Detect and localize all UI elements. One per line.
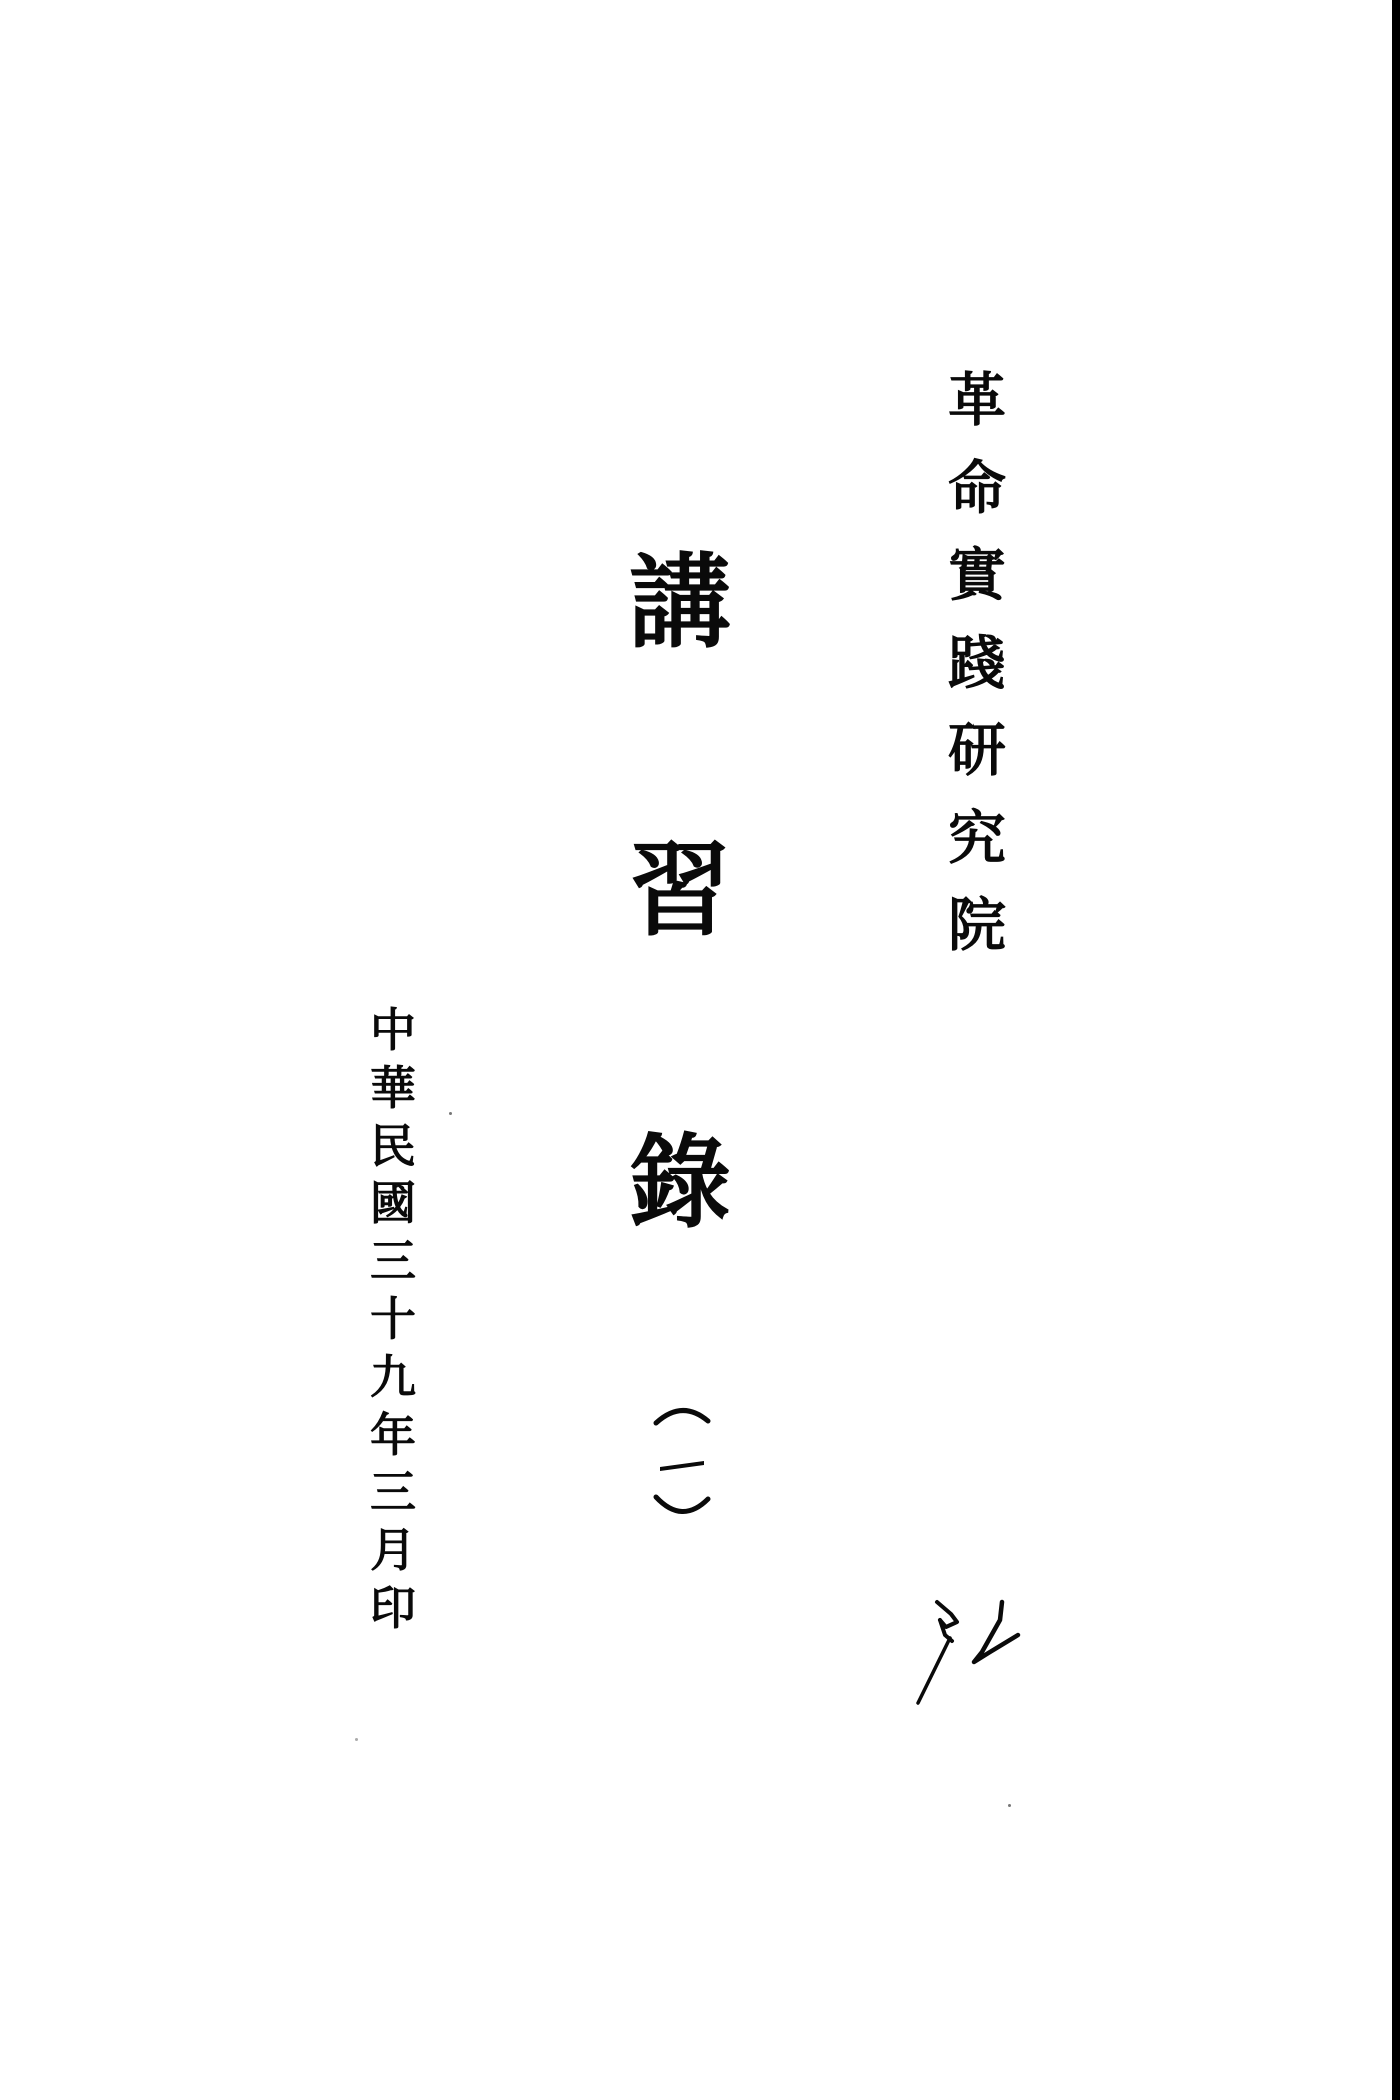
imprint-char: 中: [366, 1007, 420, 1065]
publisher-char: 實: [945, 546, 1009, 634]
title-column: 講 習 錄: [622, 552, 738, 1234]
publisher-char: 踐: [945, 634, 1009, 722]
publisher-char: 革: [945, 371, 1009, 459]
imprint-column: 中 華 民 國 三 十 九 年 三 月 印: [366, 1007, 420, 1643]
imprint-char: 月: [366, 1527, 420, 1585]
publisher-char: 命: [945, 459, 1009, 547]
scan-speck: [355, 1738, 358, 1741]
imprint-char: 三: [366, 1238, 420, 1296]
imprint-char: 十: [366, 1296, 420, 1354]
imprint-char: 三: [366, 1469, 420, 1527]
scan-speck: [449, 1112, 452, 1115]
page-edge-bar: [1392, 0, 1400, 2100]
imprint-char: 華: [366, 1065, 420, 1123]
handwritten-number-icon: [910, 1590, 1030, 1720]
scan-speck: [1008, 1804, 1011, 1807]
publisher-column: 革 命 實 踐 研 究 院: [945, 371, 1009, 984]
title-page: 革 命 實 踐 研 究 院 講 習 錄 中 華 民 國 三 十 九 年 三 月 …: [0, 0, 1400, 2100]
imprint-char: 民: [366, 1123, 420, 1181]
handwritten-mark: [910, 1590, 1030, 1720]
imprint-char: 國: [366, 1180, 420, 1238]
title-char: 錄: [622, 1132, 738, 1234]
publisher-char: 研: [945, 721, 1009, 809]
publisher-char: 究: [945, 809, 1009, 897]
volume-parentheses-icon: [652, 1405, 712, 1520]
title-char: 講: [622, 552, 738, 654]
title-char: 習: [622, 840, 738, 942]
volume-marker: [652, 1405, 712, 1520]
imprint-char: 年: [366, 1412, 420, 1470]
imprint-char: 九: [366, 1354, 420, 1412]
imprint-char: 印: [366, 1585, 420, 1643]
publisher-char: 院: [945, 896, 1009, 984]
